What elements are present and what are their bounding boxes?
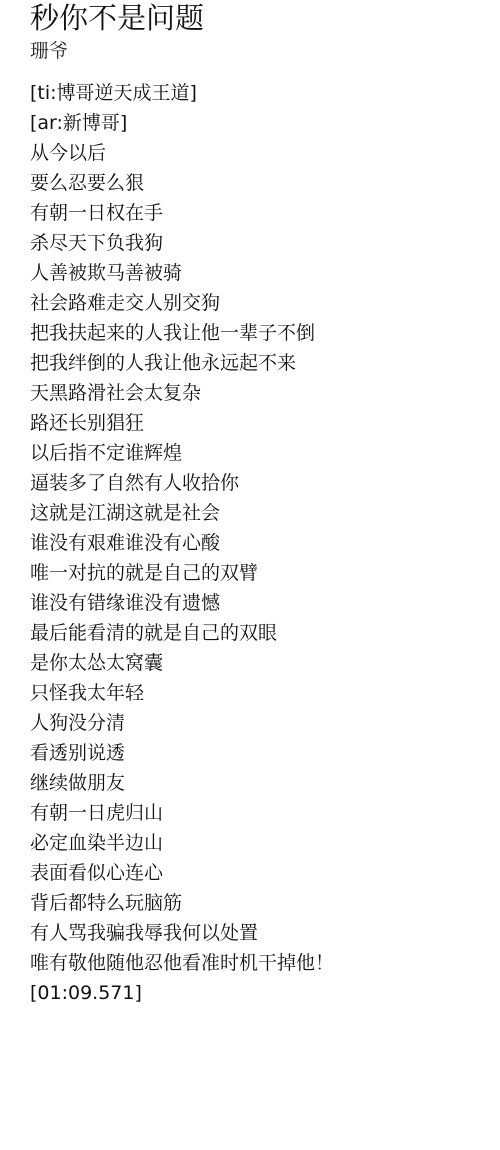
lyric-line: 谁没有错缘谁没有遗憾 bbox=[30, 588, 500, 618]
lyric-line: 最后能看清的就是自己的双眼 bbox=[30, 618, 500, 648]
lyric-line: 必定血染半边山 bbox=[30, 828, 500, 858]
lyric-line: 背后都特么玩脑筋 bbox=[30, 888, 500, 918]
lyric-line: 天黑路滑社会太复杂 bbox=[30, 378, 500, 408]
lyric-line: 谁没有艰难谁没有心酸 bbox=[30, 528, 500, 558]
lyric-line: 把我绊倒的人我让他永远起不来 bbox=[30, 348, 500, 378]
lyric-line: 看透别说透 bbox=[30, 738, 500, 768]
song-title: 秒你不是问题 bbox=[30, 0, 500, 36]
lyric-line: 有朝一日虎归山 bbox=[30, 798, 500, 828]
lyric-line: 继续做朋友 bbox=[30, 768, 500, 798]
lyric-line: 把我扶起来的人我让他一辈子不倒 bbox=[30, 318, 500, 348]
lyric-line: 路还长别猖狂 bbox=[30, 408, 500, 438]
lyric-line: 从今以后 bbox=[30, 138, 500, 168]
song-artist: 珊爷 bbox=[30, 36, 500, 68]
lyrics-list: [ti:博哥逆天成王道] [ar:新博哥] 从今以后 要么忍要么狠 有朝一日权在… bbox=[30, 78, 500, 1008]
lyrics-page: 秒你不是问题 珊爷 [ti:博哥逆天成王道] [ar:新博哥] 从今以后 要么忍… bbox=[30, 0, 500, 1008]
lyric-line: 只怪我太年轻 bbox=[30, 678, 500, 708]
lyric-line: 逼装多了自然有人收拾你 bbox=[30, 468, 500, 498]
lyric-line: 以后指不定谁辉煌 bbox=[30, 438, 500, 468]
lyric-line: 是你太怂太窝囊 bbox=[30, 648, 500, 678]
lyric-line: 有朝一日权在手 bbox=[30, 198, 500, 228]
lyric-line-meta-title: [ti:博哥逆天成王道] bbox=[30, 78, 500, 108]
lyric-line-timestamp: [01:09.571] bbox=[30, 978, 500, 1008]
lyric-line: 表面看似心连心 bbox=[30, 858, 500, 888]
lyric-line: 要么忍要么狠 bbox=[30, 168, 500, 198]
lyric-line-meta-artist: [ar:新博哥] bbox=[30, 108, 500, 138]
lyric-line: 有人骂我骗我辱我何以处置 bbox=[30, 918, 500, 948]
lyric-line: 社会路难走交人别交狗 bbox=[30, 288, 500, 318]
lyric-line: 人狗没分清 bbox=[30, 708, 500, 738]
lyric-line: 唯有敬他随他忍他看准时机干掉他！ bbox=[30, 948, 500, 978]
lyric-line: 人善被欺马善被骑 bbox=[30, 258, 500, 288]
lyric-line: 这就是江湖这就是社会 bbox=[30, 498, 500, 528]
lyric-line: 杀尽天下负我狗 bbox=[30, 228, 500, 258]
lyric-line: 唯一对抗的就是自己的双臂 bbox=[30, 558, 500, 588]
